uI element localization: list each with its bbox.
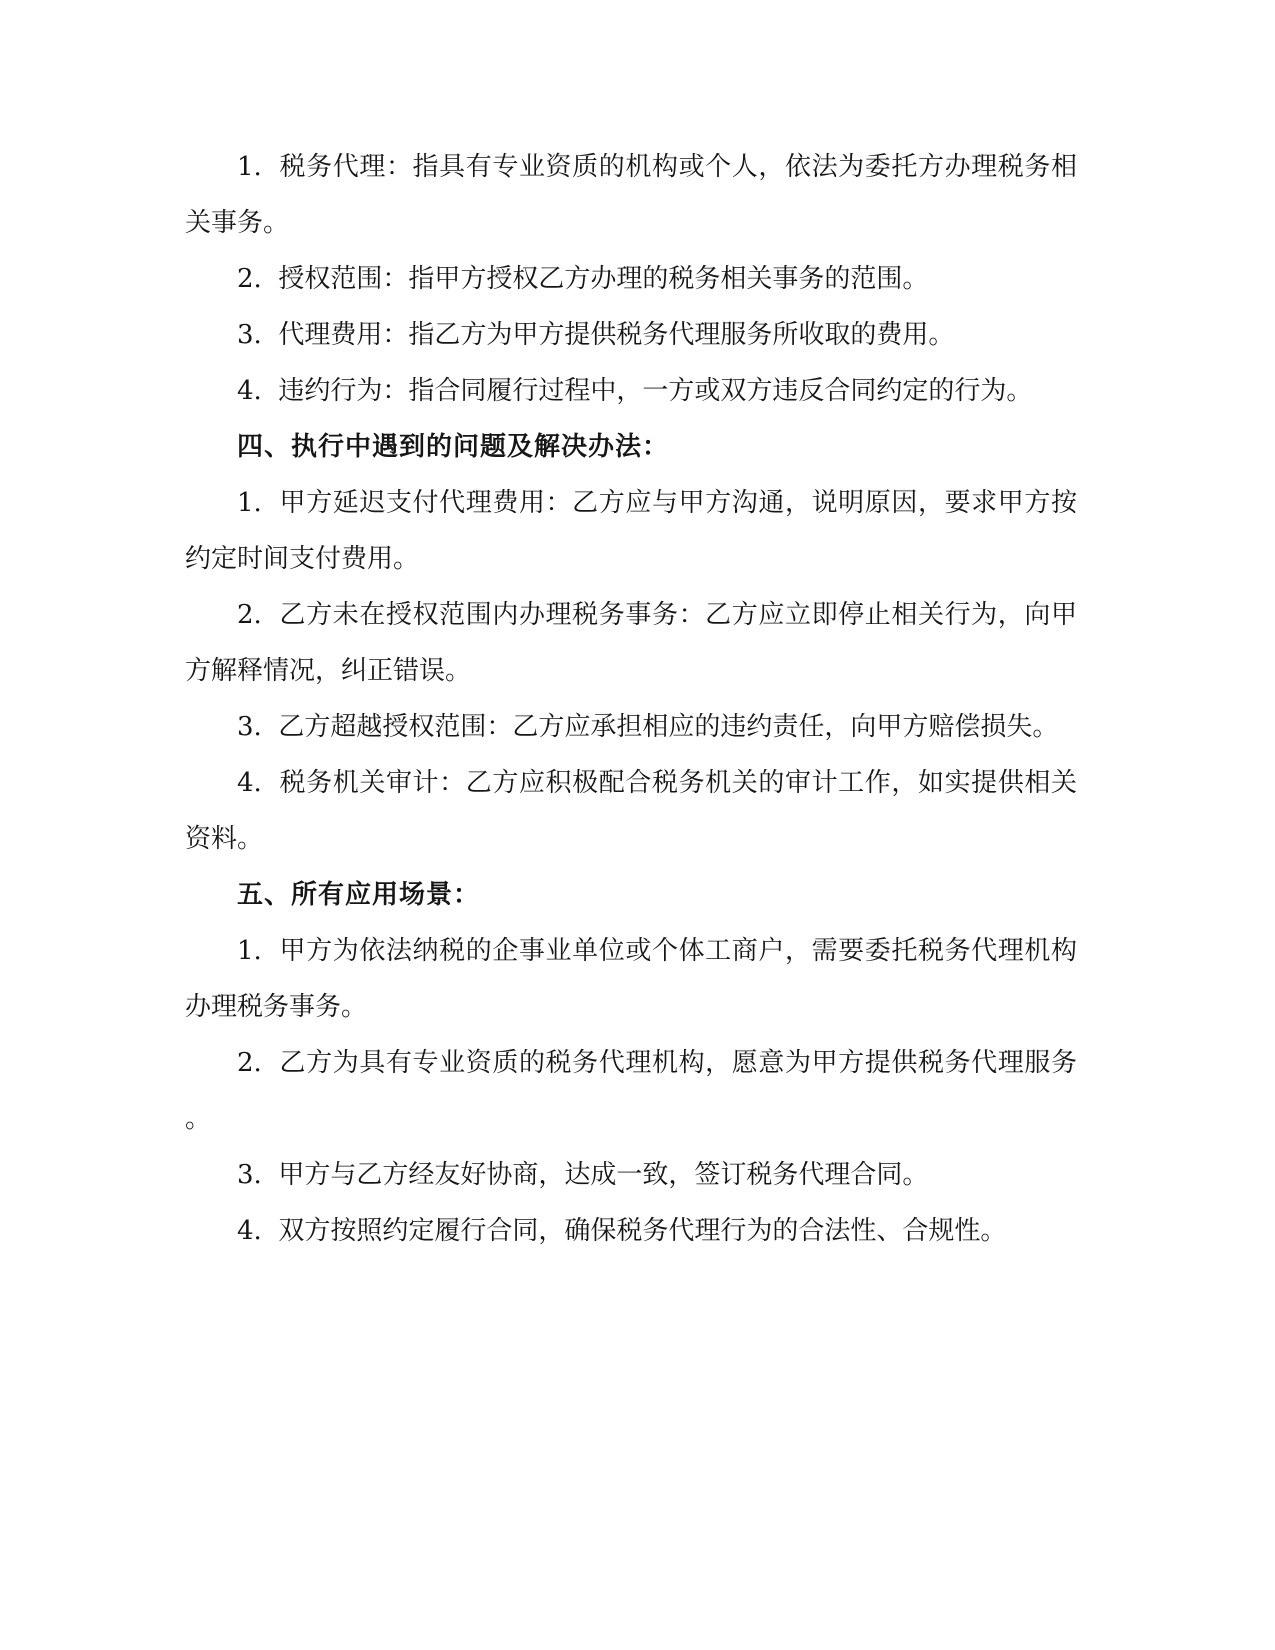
section-heading-issues: 四、执行中遇到的问题及解决办法： <box>185 419 1077 475</box>
paragraph-issue-1: 1. 甲方延迟支付代理费用：乙方应与甲方沟通，说明原因，要求甲方按约定时间支付费… <box>185 475 1077 587</box>
document-body: 1. 税务代理：指具有专业资质的机构或个人，依法为委托方办理税务相关事务。 2.… <box>185 139 1077 1259</box>
paragraph-term-1: 1. 税务代理：指具有专业资质的机构或个人，依法为委托方办理税务相关事务。 <box>185 139 1077 251</box>
paragraph-term-4: 4. 违约行为：指合同履行过程中，一方或双方违反合同约定的行为。 <box>185 363 1077 419</box>
contract-document-page: 1. 税务代理：指具有专业资质的机构或个人，依法为委托方办理税务相关事务。 2.… <box>0 0 1275 1650</box>
paragraph-scenario-2: 2. 乙方为具有专业资质的税务代理机构，愿意为甲方提供税务代理服务。 <box>185 1035 1077 1147</box>
paragraph-issue-4: 4. 税务机关审计：乙方应积极配合税务机关的审计工作，如实提供相关资料。 <box>185 755 1077 867</box>
paragraph-term-2: 2. 授权范围：指甲方授权乙方办理的税务相关事务的范围。 <box>185 251 1077 307</box>
paragraph-scenario-4: 4. 双方按照约定履行合同，确保税务代理行为的合法性、合规性。 <box>185 1203 1077 1259</box>
paragraph-term-3: 3. 代理费用：指乙方为甲方提供税务代理服务所收取的费用。 <box>185 307 1077 363</box>
paragraph-issue-2: 2. 乙方未在授权范围内办理税务事务：乙方应立即停止相关行为，向甲方解释情况，纠… <box>185 587 1077 699</box>
paragraph-scenario-3: 3. 甲方与乙方经友好协商，达成一致，签订税务代理合同。 <box>185 1147 1077 1203</box>
section-heading-scenarios: 五、所有应用场景： <box>185 867 1077 923</box>
paragraph-scenario-1: 1. 甲方为依法纳税的企事业单位或个体工商户，需要委托税务代理机构办理税务事务。 <box>185 923 1077 1035</box>
paragraph-issue-3: 3. 乙方超越授权范围：乙方应承担相应的违约责任，向甲方赔偿损失。 <box>185 699 1077 755</box>
